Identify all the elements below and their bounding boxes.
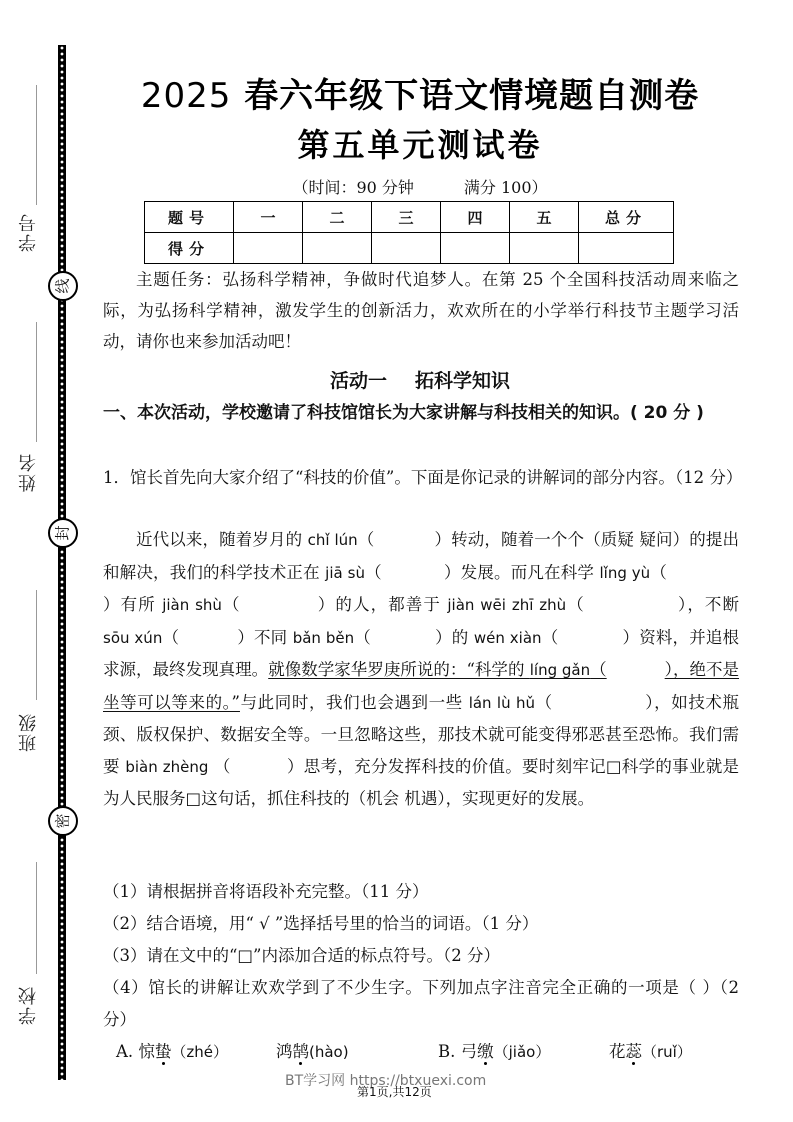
option-a-1[interactable]: A. 惊蛰（zhé） [116, 1038, 228, 1062]
binding-char: 线 [50, 278, 76, 293]
time-limit: （时间：90 分钟 [292, 178, 413, 197]
cell-score-label: 得分 [145, 233, 234, 264]
theme-task: 主题任务：弘扬科学精神，争做时代追梦人。在第 25 个全国科技活动周来临之际，为… [103, 264, 739, 357]
binding-circle-secret: 密 [48, 806, 78, 836]
pinyin-10: lán lù hǔ [469, 694, 535, 712]
pinyin-6: sōu xún [103, 629, 162, 647]
pinyin-11: biàn zhèng [125, 758, 208, 776]
pinyin-5: jiàn wēi zhī zhù [447, 596, 566, 614]
name-label: 姓名 [16, 452, 42, 492]
school-line[interactable] [36, 862, 37, 974]
score-input-q4[interactable] [441, 233, 510, 264]
cell-question-no: 题号 [145, 202, 234, 233]
option-b-2[interactable]: 花蕊（ruǐ） [609, 1038, 692, 1062]
activity-heading: 活动一拓科学知识 [100, 366, 740, 393]
name-line[interactable] [36, 322, 37, 442]
school-label: 学校 [16, 985, 42, 1025]
pinyin-9: líng gǎn [530, 661, 590, 679]
binding-char: 密 [50, 813, 76, 828]
binding-dotted-line [58, 45, 66, 1080]
cell-q5: 五 [510, 202, 579, 233]
pinyin-1: chǐ lún [308, 531, 358, 549]
page-number: 第1页,共12页 [357, 1083, 432, 1100]
title-year: 2025 [141, 76, 232, 116]
binding-circle-seal: 封 [48, 518, 78, 548]
pinyin-3: lǐng yù [599, 564, 650, 582]
binding-char: 封 [50, 525, 76, 540]
score-input-q2[interactable] [303, 233, 372, 264]
passage: 近代以来，随着岁月的 chǐ lún（）转动，随着一个个（质疑 疑问）的提出和解… [103, 524, 739, 815]
cell-q2: 二 [303, 202, 372, 233]
exam-info: （时间：90 分钟满分 100） [100, 175, 740, 198]
full-score: 满分 100） [464, 178, 548, 197]
cell-total: 总分 [579, 202, 674, 233]
score-input-total[interactable] [579, 233, 674, 264]
score-table: 题号 一 二 三 四 五 总分 得分 [144, 201, 674, 264]
pinyin-7: bǎn běn [293, 629, 354, 647]
activity-name: 拓科学知识 [415, 370, 510, 392]
class-label: 班级 [16, 712, 42, 752]
page-title: 2025 春六年级下语文情境题自测卷 [100, 68, 740, 117]
class-line[interactable] [36, 590, 37, 700]
score-table-score-row: 得分 [145, 233, 674, 264]
student-id-label: 学号 [16, 212, 42, 252]
score-table-header-row: 题号 一 二 三 四 五 总分 [145, 202, 674, 233]
section-heading: 一、本次活动，学校邀请了科技馆馆长为大家讲解与科技相关的知识。( 20 分 ) [103, 398, 739, 429]
score-input-q1[interactable] [234, 233, 303, 264]
pinyin-2: jiā sù [325, 564, 365, 582]
cell-q4: 四 [441, 202, 510, 233]
option-a-2[interactable]: 鸿鹄(hào) [276, 1038, 349, 1062]
pinyin-8: wén xiàn [474, 629, 542, 647]
score-input-q3[interactable] [372, 233, 441, 264]
cell-q3: 三 [372, 202, 441, 233]
sub-question-3: （3）请在文中的“□”内添加合适的标点符号。（2 分） [103, 940, 739, 972]
sub-question-4: （4）馆长的讲解让欢欢学到了不少生字。下列加点字注音完全正确的一项是（ ）（2 … [103, 972, 739, 1035]
cell-q1: 一 [234, 202, 303, 233]
binding-circle-line: 线 [48, 271, 78, 301]
title-main: 春六年级下语文情境题自测卷 [244, 76, 699, 116]
score-input-q5[interactable] [510, 233, 579, 264]
sub-question-2: （2）结合语境，用“ √ ”选择括号里的恰当的词语。（1 分） [103, 908, 739, 940]
unit-subtitle: 第五单元测试卷 [100, 120, 740, 166]
sub-question-1: （1）请根据拼音将语段补充完整。（11 分） [103, 876, 739, 908]
activity-label: 活动一 [330, 370, 387, 392]
pinyin-4: jiàn shù [162, 596, 222, 614]
student-id-line[interactable] [36, 85, 37, 205]
option-b-1[interactable]: B. 弓缴（jiǎo） [438, 1038, 550, 1062]
question-1: 1．馆长首先向大家介绍了“科技的价值”。下面是你记录的讲解词的部分内容。（12 … [103, 462, 739, 494]
